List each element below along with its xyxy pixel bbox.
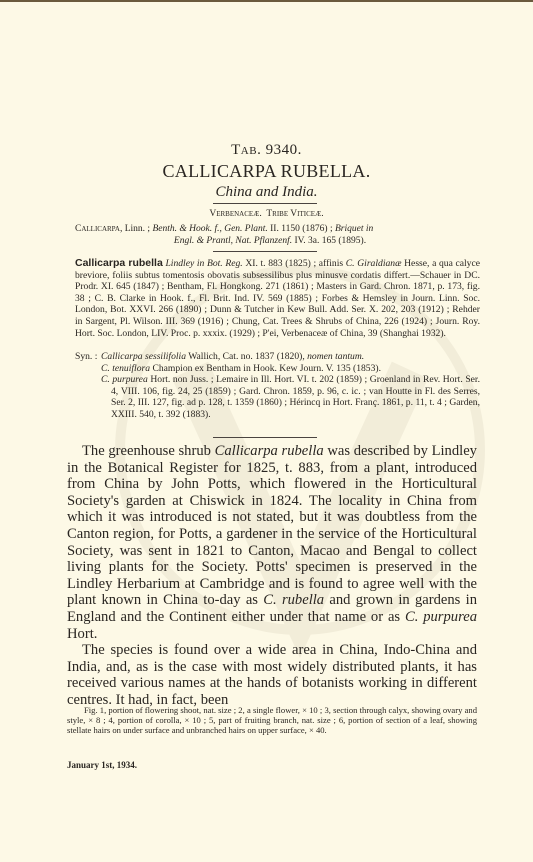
species-title: CALLICARPA RUBELLA. — [0, 160, 533, 182]
family-name: Verbenaceæ. — [209, 209, 261, 219]
synonym-name: Callicarpa sessilifolia — [101, 351, 186, 362]
genus-reference: Callicarpa, Linn. ; Benth. & Hook. f., G… — [75, 224, 485, 247]
description-references: Hesse, a qua calyce breviore, foliis sub… — [75, 258, 480, 339]
text-span: The greenhouse shrub — [82, 443, 215, 459]
genus-ref-2-author: Briquet in — [335, 224, 373, 234]
genus-ref-2-detail: IV. 3a. 165 (1895). — [292, 236, 366, 246]
synonym-item: Callicarpa sessilifolia Wallich, Cat. no… — [101, 351, 364, 363]
figure-caption: Fig. 1, portion of flowering shoot, nat.… — [67, 705, 477, 736]
synonym-item: C. purpurea Hort. non Juss. ; Lemaire in… — [75, 374, 480, 420]
synonym-item: C. tenuiflora Champion ex Bentham in Hoo… — [75, 363, 480, 375]
divider-rule — [213, 203, 317, 204]
genus-authority: , Linn. ; — [120, 224, 152, 234]
text-span: was described by Lindley in the Botanica… — [67, 443, 477, 608]
region-subtitle: China and India. — [0, 182, 533, 202]
text-span: Hort. — [67, 626, 97, 642]
body-text: The greenhouse shrub Callicarpa rubella … — [67, 443, 477, 709]
synonym-ref: Hort. non Juss. ; Lemaire in Ill. Hort. … — [111, 374, 480, 420]
species-italic: Callicarpa rubella — [215, 443, 324, 459]
paragraph: The greenhouse shrub Callicarpa rubella … — [67, 443, 477, 642]
divider-rule — [213, 251, 317, 252]
genus-ref-1-detail: II. 1150 (1876) ; — [268, 224, 335, 234]
description-text: XI. t. 883 (1825) ; affinis — [243, 258, 346, 269]
publication-date: January 1st, 1934. — [67, 760, 137, 770]
synonym-name: C. purpurea — [101, 374, 148, 385]
species-italic: C. purpurea — [405, 609, 477, 625]
synonyms-label: Syn. : — [75, 351, 101, 363]
divider-rule — [213, 437, 317, 438]
synonyms: Syn. : Callicarpa sessilifolia Wallich, … — [75, 351, 480, 421]
paragraph: The species is found over a wide area in… — [67, 642, 477, 708]
synonym-note: nomen tantum. — [307, 351, 364, 362]
genus-ref-1: Benth. & Hook. f., Gen. Plant. — [152, 224, 267, 234]
synonym-ref: Champion ex Bentham in Hook. Kew Journ. … — [150, 363, 381, 374]
synonym-name: C. tenuiflora — [101, 363, 150, 374]
affinis-species: C. Giraldianæ — [346, 258, 402, 269]
genus-ref-2-work: Engl. & Prantl, Nat. Pflanzenf. — [174, 236, 292, 246]
page-top-edge — [0, 0, 533, 2]
species-description: Callicarpa rubella Lindley in Bot. Reg. … — [75, 258, 480, 339]
genus-name: Callicarpa — [75, 224, 120, 234]
plate-header: Tab. 9340. CALLICARPA RUBELLA. China and… — [0, 140, 533, 202]
tribe-name: Tribe Viticeæ. — [266, 209, 323, 219]
tab-number: Tab. 9340. — [0, 140, 533, 160]
family-line: Verbenaceæ. Tribe Viticeæ. — [0, 208, 533, 220]
species-name: Callicarpa rubella — [75, 257, 163, 269]
synonym-ref: Wallich, Cat. no. 1837 (1820), — [186, 351, 307, 362]
species-italic: C. rubella — [263, 592, 324, 608]
species-authority: Lindley in Bot. Reg. — [163, 258, 243, 269]
